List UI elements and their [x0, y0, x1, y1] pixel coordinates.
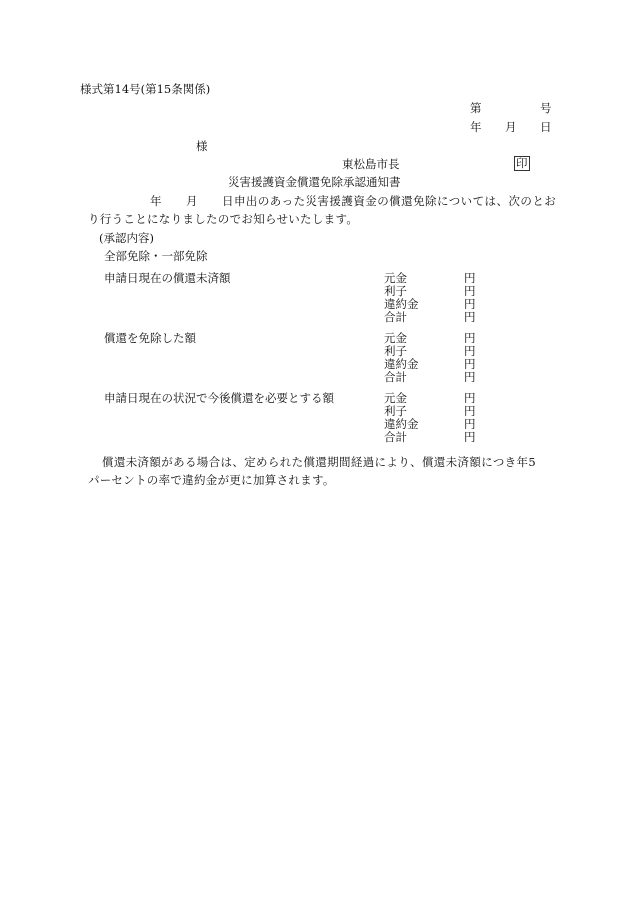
item-interest-unit: 円	[464, 284, 476, 298]
item-interest-label: 利子	[384, 344, 407, 358]
seal-mark: 印	[514, 156, 530, 171]
item-interest-label: 利子	[384, 284, 407, 298]
number-prefix: 第	[470, 101, 482, 115]
document-title: 災害援護資金償還免除承認通知書	[228, 175, 401, 189]
section-label: 申請日現在の償還未済額	[104, 271, 231, 285]
form-number: 様式第14号(第15条関係)	[80, 82, 210, 96]
note-line2: パーセントの率で違約金が更に加算されます。	[88, 473, 335, 487]
item-total-unit: 円	[464, 430, 476, 444]
item-interest-unit: 円	[464, 404, 476, 418]
item-penalty-unit: 円	[464, 357, 476, 371]
number-suffix: 号	[540, 101, 552, 115]
item-principal-unit: 円	[464, 391, 476, 405]
date-year: 年	[470, 120, 482, 134]
item-penalty-label: 違約金	[384, 357, 419, 371]
item-interest-label: 利子	[384, 404, 407, 418]
intro-line2: り行うことになりましたのでお知らせいたします。	[88, 212, 358, 226]
approval-heading: (承認内容)	[99, 231, 154, 245]
section-label: 申請日現在の状況で今後償還を必要とする額	[104, 391, 334, 405]
issuer-name: 東松島市長	[342, 157, 400, 171]
item-penalty-label: 違約金	[384, 417, 419, 431]
seal-icon: 印	[514, 156, 530, 171]
item-principal-label: 元金	[384, 331, 407, 345]
addressee-suffix: 様	[196, 139, 208, 153]
section-label: 償還を免除した額	[104, 331, 196, 345]
item-principal-label: 元金	[384, 271, 407, 285]
item-total-unit: 円	[464, 310, 476, 324]
intro-month: 月	[186, 194, 198, 208]
item-total-unit: 円	[464, 370, 476, 384]
item-principal-unit: 円	[464, 331, 476, 345]
item-interest-unit: 円	[464, 344, 476, 358]
item-total-label: 合計	[384, 370, 407, 384]
note-line1: 償還未済額がある場合は、定められた償還期間経過により、償還未済額につき年5	[102, 455, 536, 469]
date-day: 日	[540, 120, 552, 134]
approval-type: 全部免除・一部免除	[104, 249, 208, 263]
item-principal-label: 元金	[384, 391, 407, 405]
item-total-label: 合計	[384, 310, 407, 324]
item-penalty-unit: 円	[464, 297, 476, 311]
item-principal-unit: 円	[464, 271, 476, 285]
item-penalty-label: 違約金	[384, 297, 419, 311]
intro-year: 年	[150, 194, 162, 208]
intro-line1: 日申出のあった災害援護資金の償還免除については、次のとお	[222, 194, 556, 208]
date-month: 月	[505, 120, 517, 134]
item-total-label: 合計	[384, 430, 407, 444]
item-penalty-unit: 円	[464, 417, 476, 431]
